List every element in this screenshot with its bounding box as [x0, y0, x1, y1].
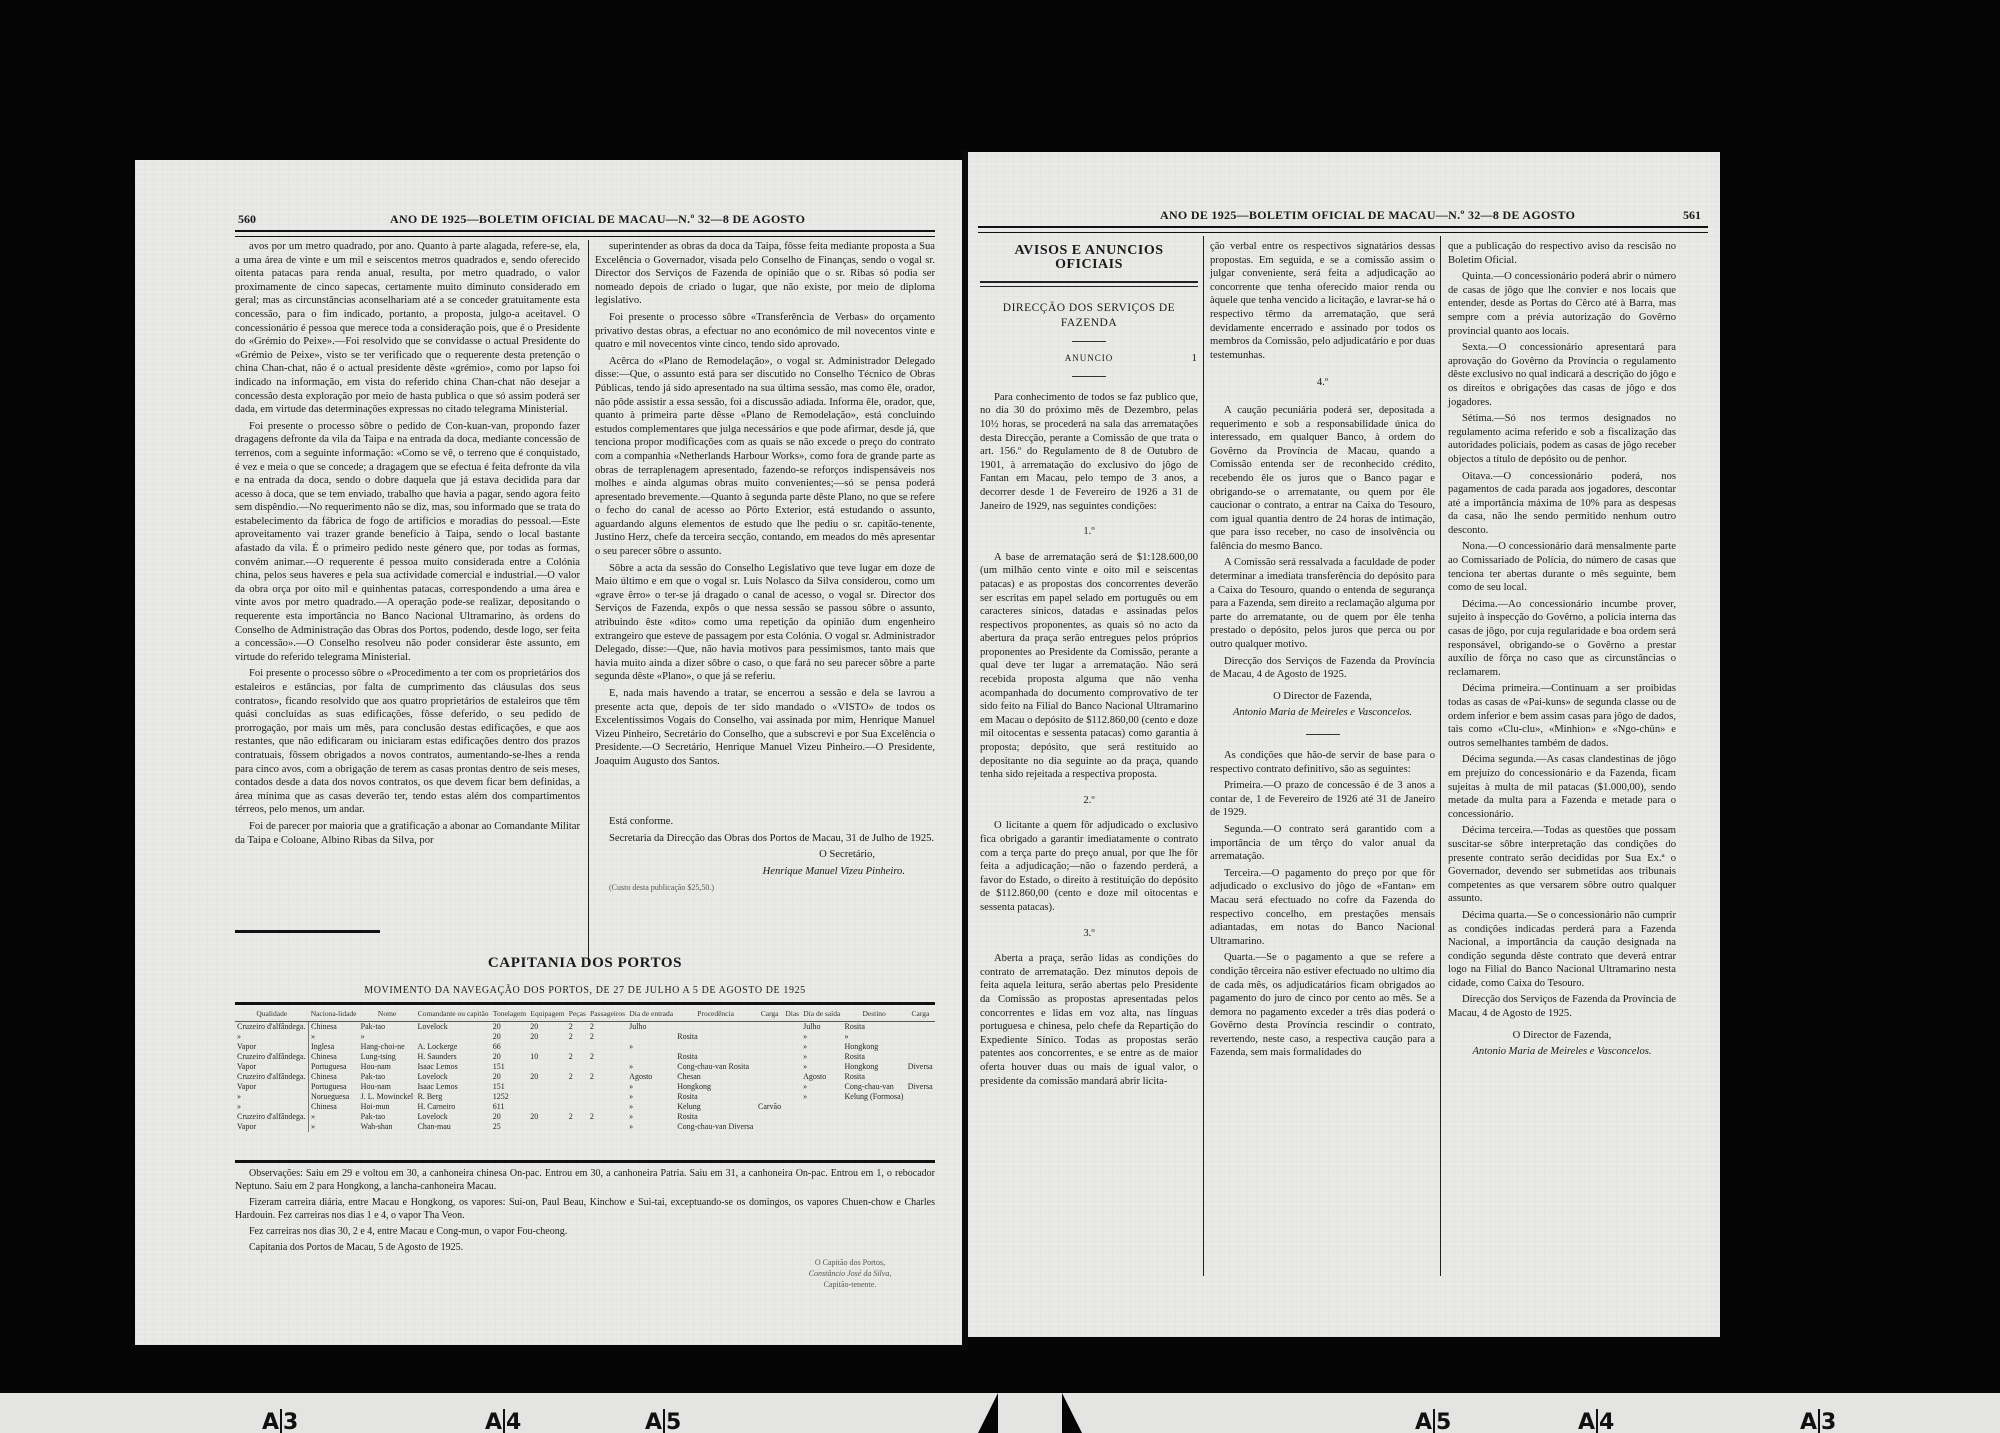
anuncio-number: 1 — [1192, 352, 1199, 366]
divider — [1072, 376, 1106, 377]
table-cell: Chesan — [675, 1072, 756, 1082]
paragraph: Décima segunda.—As casas clandestinas de… — [1448, 753, 1676, 821]
paragraph: Foi presente o processo sôbre o pedido d… — [235, 420, 580, 665]
running-head: ANO DE 1925—BOLETIM OFICIAL DE MACAU—N.º… — [1160, 208, 1575, 223]
paragraph: superintender as obras da doca da Taipa,… — [595, 240, 935, 308]
table-cell: » — [801, 1042, 842, 1052]
secretaria-date: Secretaria da Direcção das Obras dos Por… — [595, 832, 935, 846]
paragraph: A caução pecuniária poderá ser, deposita… — [1210, 404, 1435, 554]
table-cell: Kelung (Formosa) — [842, 1092, 905, 1102]
column-divider — [1203, 236, 1204, 1276]
table-header: Carga — [906, 1007, 935, 1022]
table-cell: » — [627, 1112, 675, 1122]
table-cell — [567, 1062, 588, 1072]
table-cell — [528, 1042, 566, 1052]
table-cell: Carvão — [756, 1102, 783, 1112]
table-cell: » — [627, 1102, 675, 1112]
left-page: 560 ANO DE 1925—BOLETIM OFICIAL DE MACAU… — [135, 160, 962, 1345]
signature-name: Henrique Manuel Vizeu Pinheiro. — [763, 866, 905, 877]
table-cell: » — [309, 1122, 359, 1132]
table-cell: Pak-tao — [359, 1022, 416, 1033]
table-cell: Diversa — [906, 1082, 935, 1092]
table-row: »»»202022Rosita»» — [235, 1032, 935, 1042]
paragraph: Sexta.—O concessionário apresentará para… — [1448, 341, 1676, 409]
table-cell — [588, 1062, 627, 1072]
table-cell — [528, 1102, 566, 1112]
table-cell: Hoi-mun — [359, 1102, 416, 1112]
table-cell — [783, 1122, 801, 1132]
table-cell: Rosita — [842, 1052, 905, 1062]
table-cell: 2 — [567, 1022, 588, 1033]
right-column-1: AVISOS E ANUNCIOS OFICIAIS DIRECÇÃO DOS … — [980, 240, 1198, 1091]
table-cell — [588, 1102, 627, 1112]
capitania-notes: Observações: Saiu em 29 e voltou em 30, … — [235, 1167, 935, 1290]
table-cell: 2 — [567, 1112, 588, 1122]
table-header: Carga — [756, 1007, 783, 1022]
table-cell: Chinesa — [309, 1072, 359, 1082]
table-cell: Cruzeiro d'alfândega. — [235, 1072, 309, 1082]
table-cell: 20 — [528, 1032, 566, 1042]
table-cell — [906, 1052, 935, 1062]
dept-title: DIRECÇÃO DOS SERVIÇOS DE FAZENDA — [980, 301, 1198, 331]
table-cell: Lovelock — [415, 1022, 490, 1033]
right-column-2: ção verbal entre os respectivos signatár… — [1210, 240, 1435, 1063]
table-cell — [756, 1092, 783, 1102]
conditions-cont: que a publicação do respectivo aviso da … — [1448, 240, 1676, 1021]
table-cell: Inglesa — [309, 1042, 359, 1052]
table-cell — [756, 1082, 783, 1092]
capitania-sig-name: Constâncio José da Silva, — [765, 1268, 935, 1279]
paragraph: ção verbal entre os respectivos signatár… — [1210, 240, 1435, 362]
table-cell — [842, 1112, 905, 1122]
table-cell — [783, 1022, 801, 1033]
signature-name: Antonio Maria de Meireles e Vasconcelos. — [1233, 707, 1412, 718]
table-cell: » — [627, 1062, 675, 1072]
table-cell — [567, 1102, 588, 1112]
table-cell: Hongkong — [675, 1082, 756, 1092]
clause-2: O licitante a quem fôr adjudicado o excl… — [980, 819, 1198, 914]
table-cell — [842, 1122, 905, 1132]
film-frame-label: A4 — [485, 1409, 521, 1433]
table-header: Peças — [567, 1007, 588, 1022]
table-cell: Isaac Lemos — [415, 1062, 490, 1072]
table-cell: » — [309, 1112, 359, 1122]
capitania-sig-rank: Capitão-tenente. — [765, 1279, 935, 1290]
table-cell — [756, 1112, 783, 1122]
film-strip: A3A4A5A5A4A3 — [0, 1393, 2000, 1433]
table-cell: A. Lockerge — [415, 1042, 490, 1052]
capitania-sig-title: O Capitão dos Portos, — [765, 1257, 935, 1268]
divider — [1306, 734, 1340, 735]
capitania-date: Capitania dos Portos de Macau, 5 de Agos… — [235, 1241, 935, 1254]
table-cell: Pak-tao — [359, 1072, 416, 1082]
table-cell: 66 — [491, 1042, 528, 1052]
table-cell: Agosto — [627, 1072, 675, 1082]
table-cell — [588, 1122, 627, 1132]
capitania-subtitle: MOVIMENTO DA NAVEGAÇÃO DOS PORTOS, DE 27… — [235, 985, 935, 996]
table-cell: Rosita — [675, 1032, 756, 1042]
table-cell: Cong-chau-van Rosita — [675, 1062, 756, 1072]
table-cell: R. Berg — [415, 1092, 490, 1102]
table-cell: 2 — [588, 1072, 627, 1082]
table-row: Vapor»Wah-shanChan-mau25»Cong-chau-van D… — [235, 1122, 935, 1132]
conditions: As condições que hão-de servir de base p… — [1210, 749, 1435, 1060]
table-header: Dia de entrada — [627, 1007, 675, 1022]
section-rule — [235, 930, 380, 933]
table-cell: 20 — [528, 1072, 566, 1082]
navigation-table: QualidadeNaciona-lidadeNomeComandante ou… — [235, 1007, 935, 1132]
page-number: 561 — [1683, 208, 1701, 223]
table-cell: » — [235, 1092, 309, 1102]
table-cell: 20 — [528, 1022, 566, 1033]
fold-marker-left-icon — [978, 1393, 998, 1433]
table-cell: 25 — [491, 1122, 528, 1132]
table-cell — [801, 1122, 842, 1132]
table-cell: 20 — [491, 1112, 528, 1122]
table-cell: » — [627, 1082, 675, 1092]
paragraph: Terceira.—O pagamento do preço por que f… — [1210, 867, 1435, 949]
clause-heading: 4.º — [1210, 376, 1435, 390]
table-cell — [756, 1032, 783, 1042]
table-cell: 2 — [567, 1032, 588, 1042]
paragraph: Décima primeira.—Continuam a ser proibid… — [1448, 682, 1676, 750]
table-cell: Vapor — [235, 1042, 309, 1052]
table-cell — [783, 1052, 801, 1062]
table-cell: » — [235, 1032, 309, 1042]
table-cell: » — [627, 1122, 675, 1132]
film-frame-label: A4 — [1578, 1409, 1614, 1433]
table-cell: » — [842, 1032, 905, 1042]
table-cell: Lovelock — [415, 1112, 490, 1122]
table-cell: » — [235, 1102, 309, 1112]
table-cell: Cong-chau-van — [842, 1082, 905, 1092]
table-cell — [588, 1092, 627, 1102]
clause-heading: 3.º — [980, 927, 1198, 941]
table-cell: Rosita — [675, 1052, 756, 1062]
anuncio-heading: ANUNCIO 1 — [980, 352, 1198, 366]
table-cell: 2 — [588, 1112, 627, 1122]
paragraph: Sôbre a acta da sessão do Conselho Legis… — [595, 562, 935, 684]
table-cell: 20 — [491, 1052, 528, 1062]
table-cell: Cruzeiro d'alfândega. — [235, 1022, 309, 1033]
table-cell: Portuguesa — [309, 1062, 359, 1072]
paragraph: que a publicação do respectivo aviso da … — [1448, 240, 1676, 267]
right-column-3: que a publicação do respectivo aviso da … — [1448, 240, 1676, 1062]
table-header: Naciona-lidade — [309, 1007, 359, 1022]
table-header: Comandante ou capitão — [415, 1007, 490, 1022]
table-cell: » — [801, 1052, 842, 1062]
paragraph: Quarta.—Se o pagamento a que se refere a… — [1210, 951, 1435, 1060]
paragraph: Para conhecimento de todos se faz public… — [980, 391, 1198, 513]
paragraph: Aberta a praça, serão lidas as condições… — [980, 952, 1198, 1088]
table-cell — [588, 1042, 627, 1052]
table-cell: 2 — [588, 1052, 627, 1062]
film-frame-label: A5 — [1415, 1409, 1451, 1433]
table-cell: 2 — [588, 1022, 627, 1033]
clause-1: A base de arrematação será de $1:128.600… — [980, 551, 1198, 782]
table-header: Dia de saída — [801, 1007, 842, 1022]
table-cell: Chinesa — [309, 1102, 359, 1112]
table-cell — [627, 1032, 675, 1042]
table-cell — [906, 1122, 935, 1132]
table-cell — [415, 1032, 490, 1042]
anuncio-intro: Para conhecimento de todos se faz public… — [980, 391, 1198, 513]
anuncio-label: ANUNCIO — [1065, 353, 1114, 363]
table-cell — [906, 1032, 935, 1042]
table-cell: Agosto — [801, 1072, 842, 1082]
clause-3: Aberta a praça, serão lidas as condições… — [980, 952, 1198, 1088]
fold-marker-right-icon — [1062, 1393, 1082, 1433]
table-cell: Julho — [801, 1022, 842, 1033]
table-cell: 20 — [491, 1022, 528, 1033]
table-cell: 151 — [491, 1082, 528, 1092]
table-cell: Hang-choi-ne — [359, 1042, 416, 1052]
table-row: Cruzeiro d'alfândega.»Pak-taoLovelock202… — [235, 1112, 935, 1122]
paragraph: E, nada mais havendo a tratar, se encerr… — [595, 687, 935, 769]
table-cell — [627, 1052, 675, 1062]
table-row: Cruzeiro d'alfândega.ChinesaLung-tsingH.… — [235, 1052, 935, 1062]
table-cell — [528, 1122, 566, 1132]
table-cell: » — [801, 1092, 842, 1102]
table-cell — [528, 1062, 566, 1072]
table-cell: Rosita — [842, 1022, 905, 1033]
clause-3-cont: ção verbal entre os respectivos signatár… — [1210, 240, 1435, 362]
table-header: Procedência — [675, 1007, 756, 1022]
table-cell: Hongkong — [842, 1062, 905, 1072]
table-cell: Hongkong — [842, 1042, 905, 1052]
table-cell: Portuguesa — [309, 1082, 359, 1092]
left-column-2: superintender as obras da doca da Taipa,… — [595, 240, 935, 772]
header-rule — [978, 226, 1708, 233]
table-cell — [783, 1032, 801, 1042]
table-cell: 2 — [588, 1032, 627, 1042]
table-cell: 2 — [567, 1072, 588, 1082]
table-cell — [756, 1062, 783, 1072]
table-cell: 20 — [491, 1072, 528, 1082]
paragraph: Oitava.—O concessionário poderá, nos pag… — [1448, 470, 1676, 538]
table-row: VaporPortuguesaHou-namIsaac Lemos151»Hon… — [235, 1082, 935, 1092]
table-cell: Lung-tsing — [359, 1052, 416, 1062]
table-cell: 2 — [567, 1052, 588, 1062]
signature-title: O Director de Fazenda, — [1448, 1029, 1676, 1043]
table-cell: 1252 — [491, 1092, 528, 1102]
table-cell: Rosita — [842, 1072, 905, 1082]
table-cell: 20 — [528, 1112, 566, 1122]
section-title: AVISOS E ANUNCIOS OFICIAIS — [980, 244, 1198, 271]
signature-name: Antonio Maria de Meireles e Vasconcelos. — [1472, 1046, 1651, 1057]
column-divider — [1440, 236, 1441, 1276]
table-header: Tonelagem — [491, 1007, 528, 1022]
table-cell — [756, 1122, 783, 1132]
table-cell — [675, 1022, 756, 1033]
table-row: VaporPortuguesaHou-namIsaac Lemos151»Con… — [235, 1062, 935, 1072]
paragraph: A base de arrematação será de $1:128.600… — [980, 551, 1198, 782]
capitania-title: CAPITANIA DOS PORTOS — [235, 955, 935, 972]
table-cell: 151 — [491, 1062, 528, 1072]
publication-cost: (Custo desta publicação $25,50.) — [595, 881, 935, 895]
table-cell: Vapor — [235, 1122, 309, 1132]
table-cell: J. L. Mowinckel — [359, 1092, 416, 1102]
right-page: ANO DE 1925—BOLETIM OFICIAL DE MACAU—N.º… — [968, 152, 1720, 1337]
paragraph: As condições que hão-de servir de base p… — [1210, 749, 1435, 776]
table-cell: Pak-tao — [359, 1112, 416, 1122]
table-cell — [588, 1082, 627, 1092]
film-frame-label: A3 — [262, 1409, 298, 1433]
table-cell — [906, 1112, 935, 1122]
left-column-1: avos por um metro quadrado, por ano. Qua… — [235, 240, 580, 850]
table-header: Equipagem — [528, 1007, 566, 1022]
paragraph: O licitante a quem fôr adjudicado o excl… — [980, 819, 1198, 914]
film-frame-label: A5 — [645, 1409, 681, 1433]
conforme: Está conforme. — [595, 815, 935, 829]
table-cell — [801, 1102, 842, 1112]
table-cell — [528, 1082, 566, 1092]
table-cell — [783, 1112, 801, 1122]
paragraph: Décima.—Ao concessionário incumbe prover… — [1448, 598, 1676, 680]
table-cell — [906, 1072, 935, 1082]
acta-closing: Está conforme. Secretaria da Direcção da… — [595, 815, 935, 898]
signature-title: O Director de Fazenda, — [1210, 690, 1435, 704]
table-cell — [906, 1022, 935, 1033]
table-cell — [567, 1082, 588, 1092]
table-cell — [756, 1072, 783, 1082]
paragraph: A Comissão será ressalvada a faculdade d… — [1210, 556, 1435, 651]
table-row: »NorueguesaJ. L. MowinckelR. Berg1252»Ro… — [235, 1092, 935, 1102]
table-cell — [906, 1092, 935, 1102]
paragraph: Sétima.—Só nos termos designados no regu… — [1448, 412, 1676, 466]
table-cell: 20 — [491, 1032, 528, 1042]
clause-heading: 2.º — [980, 794, 1198, 808]
film-frame-label: A3 — [1800, 1409, 1836, 1433]
table-cell: Cong-chau-van Diversa — [675, 1122, 756, 1132]
table-cell: Cruzeiro d'alfândega. — [235, 1112, 309, 1122]
table-cell: » — [627, 1042, 675, 1052]
table-cell — [783, 1062, 801, 1072]
table-cell: 611 — [491, 1102, 528, 1112]
table-cell: Wah-shan — [359, 1122, 416, 1132]
table-cell — [783, 1102, 801, 1112]
table-bottom-rule — [235, 1160, 935, 1163]
table-cell: » — [801, 1032, 842, 1042]
column-divider — [588, 240, 589, 965]
observacoes: Observações: Saiu em 29 e voltou em 30, … — [235, 1167, 935, 1193]
running-head: ANO DE 1925—BOLETIM OFICIAL DE MACAU—N.º… — [390, 212, 805, 227]
table-header: Dias — [783, 1007, 801, 1022]
paragraph: Nona.—O concessionário dará mensalmente … — [1448, 540, 1676, 594]
table-header: Destino — [842, 1007, 905, 1022]
table-cell: Julho — [627, 1022, 675, 1033]
clause-heading: 1.º — [980, 525, 1198, 539]
table-cell — [842, 1102, 905, 1112]
table-header: Passageiros — [588, 1007, 627, 1022]
table-cell — [906, 1042, 935, 1052]
signature-title: O Secretário, — [595, 848, 935, 862]
table-cell — [756, 1052, 783, 1062]
table-row: Cruzeiro d'alfândega.ChinesaPak-taoLovel… — [235, 1072, 935, 1082]
paragraph: Décima terceira.—Todas as questões que p… — [1448, 824, 1676, 906]
table-cell: Isaac Lemos — [415, 1082, 490, 1092]
paragraph: Foi presente o processo sôbre o «Procedi… — [235, 667, 580, 817]
table-cell: » — [627, 1092, 675, 1102]
header-rule — [235, 230, 935, 237]
table-cell — [567, 1122, 588, 1132]
table-cell: Cruzeiro d'alfândega. — [235, 1052, 309, 1062]
table-cell — [801, 1112, 842, 1122]
carreiras-hongkong: Fizeram carreira diária, entre Macau e H… — [235, 1196, 935, 1222]
table-cell: 10 — [528, 1052, 566, 1062]
paragraph: Segunda.—O contrato será garantido com a… — [1210, 823, 1435, 864]
paragraph: Acêrca do «Plano de Remodelação», o voga… — [595, 355, 935, 559]
paragraph: Quinta.—O concessionário poderá abrir o … — [1448, 270, 1676, 338]
table-cell: Vapor — [235, 1062, 309, 1072]
table-cell: Norueguesa — [309, 1092, 359, 1102]
table-cell: H. Carneiro — [415, 1102, 490, 1112]
paragraph: Direcção dos Serviços de Fazenda da Prov… — [1448, 993, 1676, 1020]
page-number: 560 — [238, 212, 256, 227]
table-cell: Chan-mau — [415, 1122, 490, 1132]
table-cell — [783, 1042, 801, 1052]
clause-4: A caução pecuniária poderá ser, deposita… — [1210, 404, 1435, 682]
carreiras-congmun: Fez carreiras nos dias 30, 2 e 4, entre … — [235, 1225, 935, 1238]
paragraph: Foi de parecer por maioria que a gratifi… — [235, 820, 580, 847]
table-cell — [783, 1072, 801, 1082]
table-cell: » — [359, 1032, 416, 1042]
table-cell: Diversa — [906, 1062, 935, 1072]
table-cell — [756, 1042, 783, 1052]
table-cell: H. Saunders — [415, 1052, 490, 1062]
table-cell — [567, 1042, 588, 1052]
table-cell: Vapor — [235, 1082, 309, 1092]
table-cell: Chinesa — [309, 1022, 359, 1033]
table-cell — [783, 1092, 801, 1102]
table-cell: Rosita — [675, 1092, 756, 1102]
paragraph: Direcção dos Serviços de Fazenda da Prov… — [1210, 655, 1435, 682]
table-cell: Chinesa — [309, 1052, 359, 1062]
table-cell: Hou-nam — [359, 1062, 416, 1072]
paragraph: Primeira.—O prazo de concessão é de 3 an… — [1210, 779, 1435, 820]
table-cell — [528, 1092, 566, 1102]
table-cell — [756, 1022, 783, 1033]
table-row: VaporInglesaHang-choi-neA. Lockerge66»»H… — [235, 1042, 935, 1052]
paragraph: Décima quarta.—Se o concessionário não c… — [1448, 909, 1676, 991]
table-cell — [906, 1102, 935, 1112]
table-cell: Rosita — [675, 1112, 756, 1122]
table-cell — [783, 1082, 801, 1092]
table-cell: » — [801, 1062, 842, 1072]
divider — [1072, 341, 1106, 342]
table-row: Cruzeiro d'alfândega.ChinesaPak-taoLovel… — [235, 1022, 935, 1033]
section-rule — [980, 281, 1198, 287]
paragraph: avos por um metro quadrado, por ano. Qua… — [235, 240, 580, 417]
table-cell — [567, 1092, 588, 1102]
table-cell: Kelung — [675, 1102, 756, 1112]
table-cell — [675, 1042, 756, 1052]
table-header: Qualidade — [235, 1007, 309, 1022]
table-cell: » — [309, 1032, 359, 1042]
table-cell: Lovelock — [415, 1072, 490, 1082]
table-top-rule — [235, 1002, 935, 1005]
table-header: Nome — [359, 1007, 416, 1022]
table-cell: Hou-nam — [359, 1082, 416, 1092]
paragraph: Foi presente o processo sôbre «Transferê… — [595, 311, 935, 352]
table-cell: » — [801, 1082, 842, 1092]
table-row: »ChinesaHoi-munH. Carneiro611»KelungCarv… — [235, 1102, 935, 1112]
